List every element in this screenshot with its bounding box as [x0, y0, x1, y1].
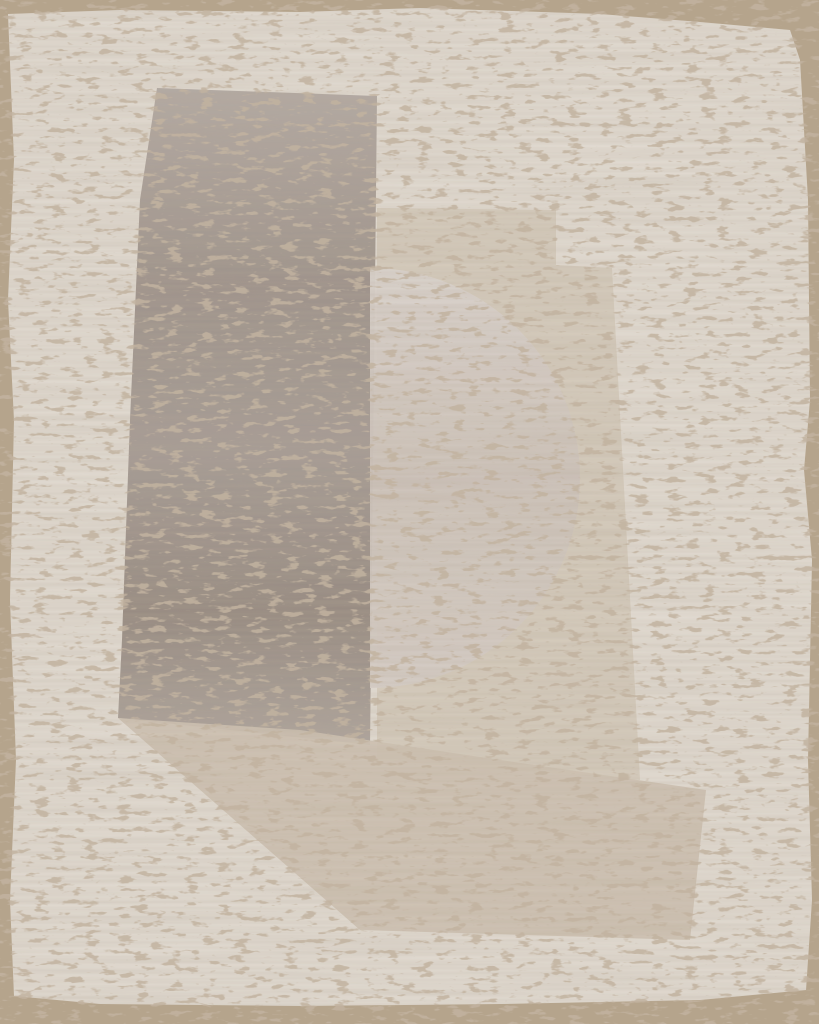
rug-artwork [0, 0, 819, 1024]
speckle-texture [0, 0, 819, 1024]
rug-image [0, 0, 819, 1024]
